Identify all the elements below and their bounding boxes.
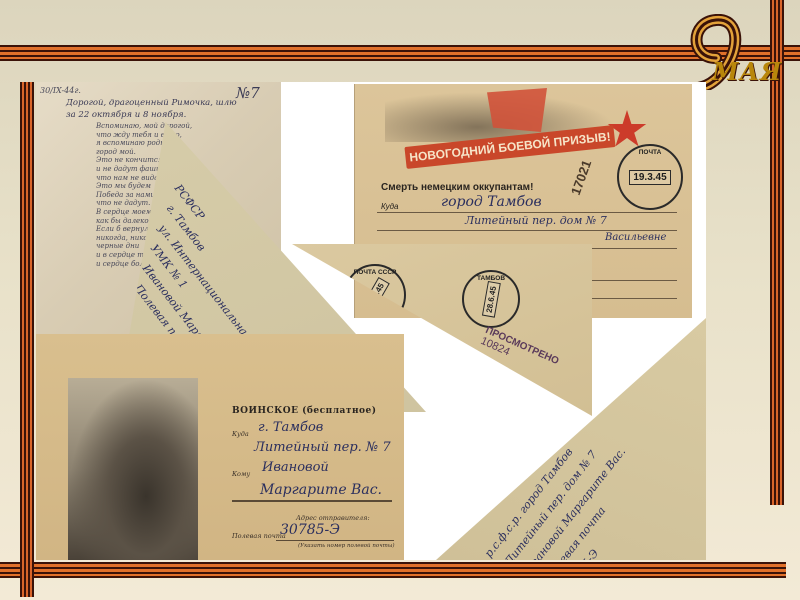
censor-number: 17021 xyxy=(568,158,594,197)
sender-label: Адрес отправителя: xyxy=(296,514,370,522)
letter-page-number: №7 xyxy=(236,84,260,102)
military-heading: ВОИНСКОЕ (бесплатное) xyxy=(232,406,377,416)
address-line xyxy=(232,500,392,502)
street-value: Литейный пер. № 7 xyxy=(254,440,391,455)
ribbon-left xyxy=(20,82,34,597)
red-flag-icon xyxy=(487,88,547,132)
tank-soldiers-illustration xyxy=(68,378,198,560)
ribbon-bottom xyxy=(0,562,786,578)
logo-text: МАЯ xyxy=(712,57,782,86)
letters-collage: 30/IX-44г. Дорогой, драгоценный Римочка,… xyxy=(36,82,706,560)
to-value: г. Тамбов xyxy=(258,420,323,435)
address-line xyxy=(377,230,677,231)
postmark-stamp-2: ТАМБОВ 28.6.45 xyxy=(462,270,520,328)
censor-stamp: ПРОСМОТРЕНО 10824 xyxy=(479,325,561,378)
postcard-to-value: город Тамбов xyxy=(441,194,542,210)
recipient-name: Маргарите Вас. xyxy=(260,482,382,498)
address-line xyxy=(377,212,677,213)
field-post-value: 30785-Э xyxy=(280,522,340,538)
letter-date: 30/IX-44г. xyxy=(40,86,81,95)
whom-label: Кому xyxy=(232,470,250,478)
postcard-slogan: Смерть немецким оккупантам! xyxy=(381,182,533,193)
postcard-street: Литейный пер. дом № 7 xyxy=(465,214,607,227)
postmark-date: 19.3.45 xyxy=(629,170,670,185)
address-line xyxy=(276,540,394,541)
letter-greeting: Дорогой, драгоценный Римочка, шлю xyxy=(66,98,237,108)
postcard-name: Васильевне xyxy=(605,232,666,243)
postcard-to-label: Куда xyxy=(381,202,399,211)
postmark-stamp: ПОЧТА 19.3.45 xyxy=(617,144,683,210)
to-label: Куда xyxy=(232,430,249,438)
field-post-label: Полевая почта xyxy=(232,532,286,540)
military-postcard: ВОИНСКОЕ (бесплатное) Куда г. Тамбов Лит… xyxy=(36,334,404,560)
whom-value: Ивановой xyxy=(262,460,329,475)
field-post-hint: (Указать номер полевой почты) xyxy=(298,543,394,549)
letter-subgreeting: за 22 октября и 8 ноября. xyxy=(66,110,186,120)
